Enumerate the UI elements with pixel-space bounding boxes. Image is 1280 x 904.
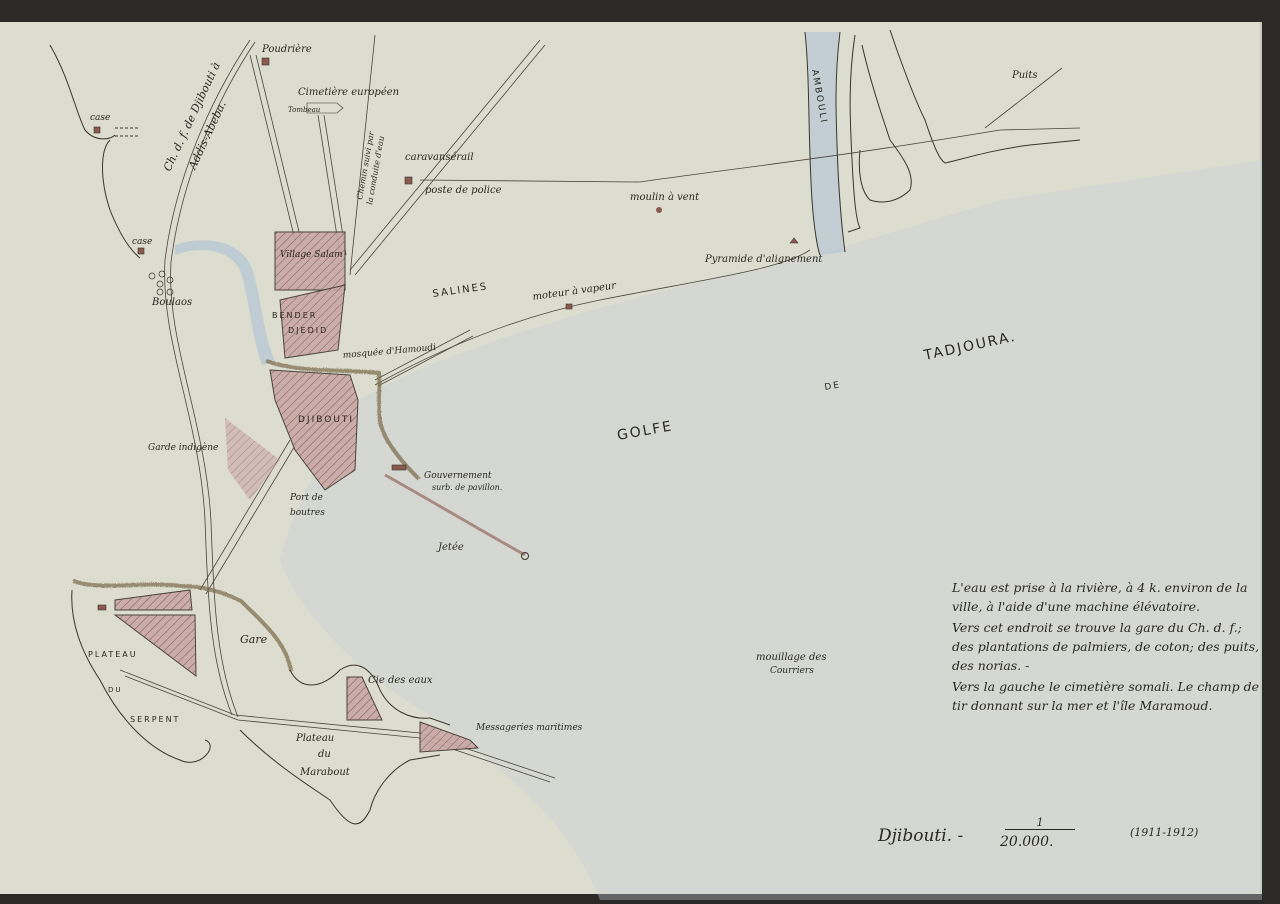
- label-boulaos: Boulaos: [151, 297, 192, 308]
- label-gouv-1: Gouvernement: [424, 471, 492, 481]
- block-bender-djedid: [280, 285, 345, 358]
- label-poudriere: Poudrière: [261, 44, 312, 55]
- gouvernement-marker: [392, 465, 406, 470]
- label-mosquee: mosquée d'Hamoudi: [342, 342, 436, 361]
- label-mouillage-2: Courriers: [770, 666, 814, 676]
- label-mouillage-1: mouillage des: [756, 652, 826, 663]
- label-case-north: case: [90, 113, 110, 123]
- label-moteur: moteur à vapeur: [532, 280, 618, 303]
- label-port-2: boutres: [290, 508, 325, 518]
- map-date: (1911-1912): [1130, 826, 1198, 839]
- label-port-1: Port de: [289, 493, 323, 503]
- label-marabout-3: Marabout: [299, 767, 351, 778]
- scale-numerator: 1: [1005, 816, 1075, 830]
- moteur-marker: [566, 304, 572, 309]
- label-salines: SALINES: [432, 281, 489, 300]
- block-djibouti: [270, 370, 358, 490]
- note-paragraph-2: Vers cet endroit se trouve la gare du Ch…: [952, 618, 1262, 675]
- label-cie-eaux: Cie des eaux: [368, 675, 433, 686]
- label-messageries: Messageries maritimes: [475, 723, 583, 733]
- label-caravanserail: caravansérail: [405, 152, 474, 163]
- label-marabout-1: Plateau: [295, 733, 334, 744]
- wadi-boulaos: [50, 45, 275, 365]
- label-plateau-serpent-1: PLATEAU: [88, 650, 138, 659]
- label-bender-1: BENDER: [272, 311, 317, 320]
- map-canvas: case case Ch. d. f. de Djibouti à Addis-…: [0, 0, 1280, 904]
- label-gouv-2: surb. de pavillon.: [432, 483, 502, 492]
- label-marabout-2: du: [318, 749, 331, 760]
- pyramide-marker: [790, 238, 798, 243]
- caravanserail-marker: [405, 177, 412, 184]
- plateau-marker: [98, 605, 106, 610]
- label-pyramide: Pyramide d'alignement: [704, 254, 823, 265]
- label-case-south: case: [132, 237, 152, 247]
- label-jetee: Jetée: [436, 542, 464, 553]
- label-moulin: moulin à vent: [630, 192, 700, 203]
- note-paragraph-1: L'eau est prise à la rivière, à 4 k. env…: [952, 578, 1262, 616]
- poudriere-marker: [262, 58, 269, 65]
- block-salam: [275, 232, 345, 290]
- label-puits: Puits: [1011, 70, 1038, 81]
- label-garde-1: Garde indigène: [148, 442, 218, 453]
- note-paragraph-3: Vers la gauche le cimetière somali. Le c…: [952, 677, 1262, 715]
- label-tombeau: Tombeau: [288, 106, 321, 114]
- moulin-marker: [656, 207, 662, 213]
- case-marker-north: [94, 127, 100, 133]
- label-gare: Gare: [240, 633, 268, 646]
- label-poste-police: poste de police: [425, 185, 502, 196]
- label-cimetiere: Cimetière européen: [298, 87, 399, 98]
- scale-denominator: 20.000.: [1000, 834, 1053, 850]
- label-plateau-serpent-3: SERPENT: [130, 715, 180, 724]
- map-title: Djibouti. -: [878, 826, 963, 846]
- case-marker-south: [138, 248, 144, 254]
- block-plateau-2: [115, 615, 196, 676]
- label-village-salam: Village Salam: [280, 250, 343, 260]
- block-plateau-1: [115, 590, 192, 610]
- block-garde: [225, 418, 280, 500]
- boulaos-circles: [149, 271, 173, 295]
- handwritten-note: L'eau est prise à la rivière, à 4 k. env…: [952, 578, 1262, 717]
- sea-area: [280, 160, 1262, 900]
- label-bender-2: DJEDID: [288, 326, 328, 335]
- label-plateau-serpent-2: DU: [108, 686, 123, 694]
- label-djibouti-town: DJIBOUTI: [298, 415, 354, 425]
